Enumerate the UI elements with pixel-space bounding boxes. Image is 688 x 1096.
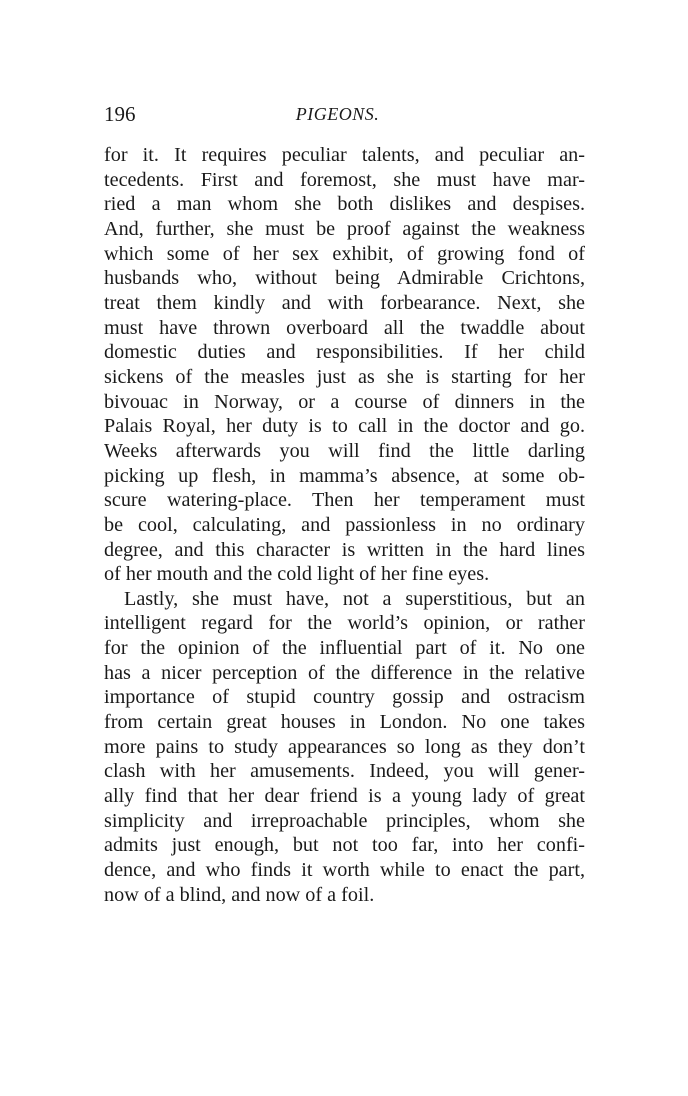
text-line: for the opinion of the influential part …: [104, 636, 585, 661]
text-line: ally find that her dear friend is a youn…: [104, 784, 585, 809]
text-line: tecedents. First and foremost, she must …: [104, 168, 585, 193]
text-line: more pains to study appearances so long …: [104, 735, 585, 760]
text-line: sickens of the measles just as she is st…: [104, 365, 585, 390]
running-head: 196 PIGEONS.: [104, 101, 585, 127]
text-line: picking up flesh, in mamma’s absence, at…: [104, 464, 585, 489]
text-line: Lastly, she must have, not a superstitio…: [104, 587, 585, 612]
text-line: must have thrown overboard all the twadd…: [104, 316, 585, 341]
text-line: from certain great houses in London. No …: [104, 710, 585, 735]
body-text: for it. It requires peculiar talents, an…: [104, 143, 585, 907]
text-line: ried a man whom she both dislikes and de…: [104, 192, 585, 217]
text-line: now of a blind, and now of a foil.: [104, 883, 585, 908]
text-line: importance of stupid country gossip and …: [104, 685, 585, 710]
text-line: be cool, calculating, and passionless in…: [104, 513, 585, 538]
text-line: degree, and this character is written in…: [104, 538, 585, 563]
text-line: of her mouth and the cold light of her f…: [104, 562, 585, 587]
text-line: Weeks afterwards you will find the littl…: [104, 439, 585, 464]
text-line: scure watering-place. Then her temperame…: [104, 488, 585, 513]
text-line: admits just enough, but not too far, int…: [104, 833, 585, 858]
text-line: Palais Royal, her duty is to call in the…: [104, 414, 585, 439]
text-line: dence, and who finds it worth while to e…: [104, 858, 585, 883]
text-line: which some of her sex exhibit, of growin…: [104, 242, 585, 267]
text-line: treat them kindly and with forbearance. …: [104, 291, 585, 316]
running-title: PIGEONS.: [104, 101, 585, 127]
text-line: has a nicer perception of the difference…: [104, 661, 585, 686]
book-page: 196 PIGEONS. for it. It requires peculia…: [0, 0, 688, 1096]
text-line: domestic duties and responsibilities. If…: [104, 340, 585, 365]
paragraph-1: for it. It requires peculiar talents, an…: [104, 143, 585, 587]
text-line: simplicity and irreproachable principles…: [104, 809, 585, 834]
paragraph-2: Lastly, she must have, not a superstitio…: [104, 587, 585, 908]
text-line: clash with her amusements. Indeed, you w…: [104, 759, 585, 784]
text-line: And, further, she must be proof against …: [104, 217, 585, 242]
text-line: bivouac in Norway, or a course of dinner…: [104, 390, 585, 415]
text-line: husbands who, without being Admirable Cr…: [104, 266, 585, 291]
text-line: for it. It requires peculiar talents, an…: [104, 143, 585, 168]
text-line: intelligent regard for the world’s opini…: [104, 611, 585, 636]
